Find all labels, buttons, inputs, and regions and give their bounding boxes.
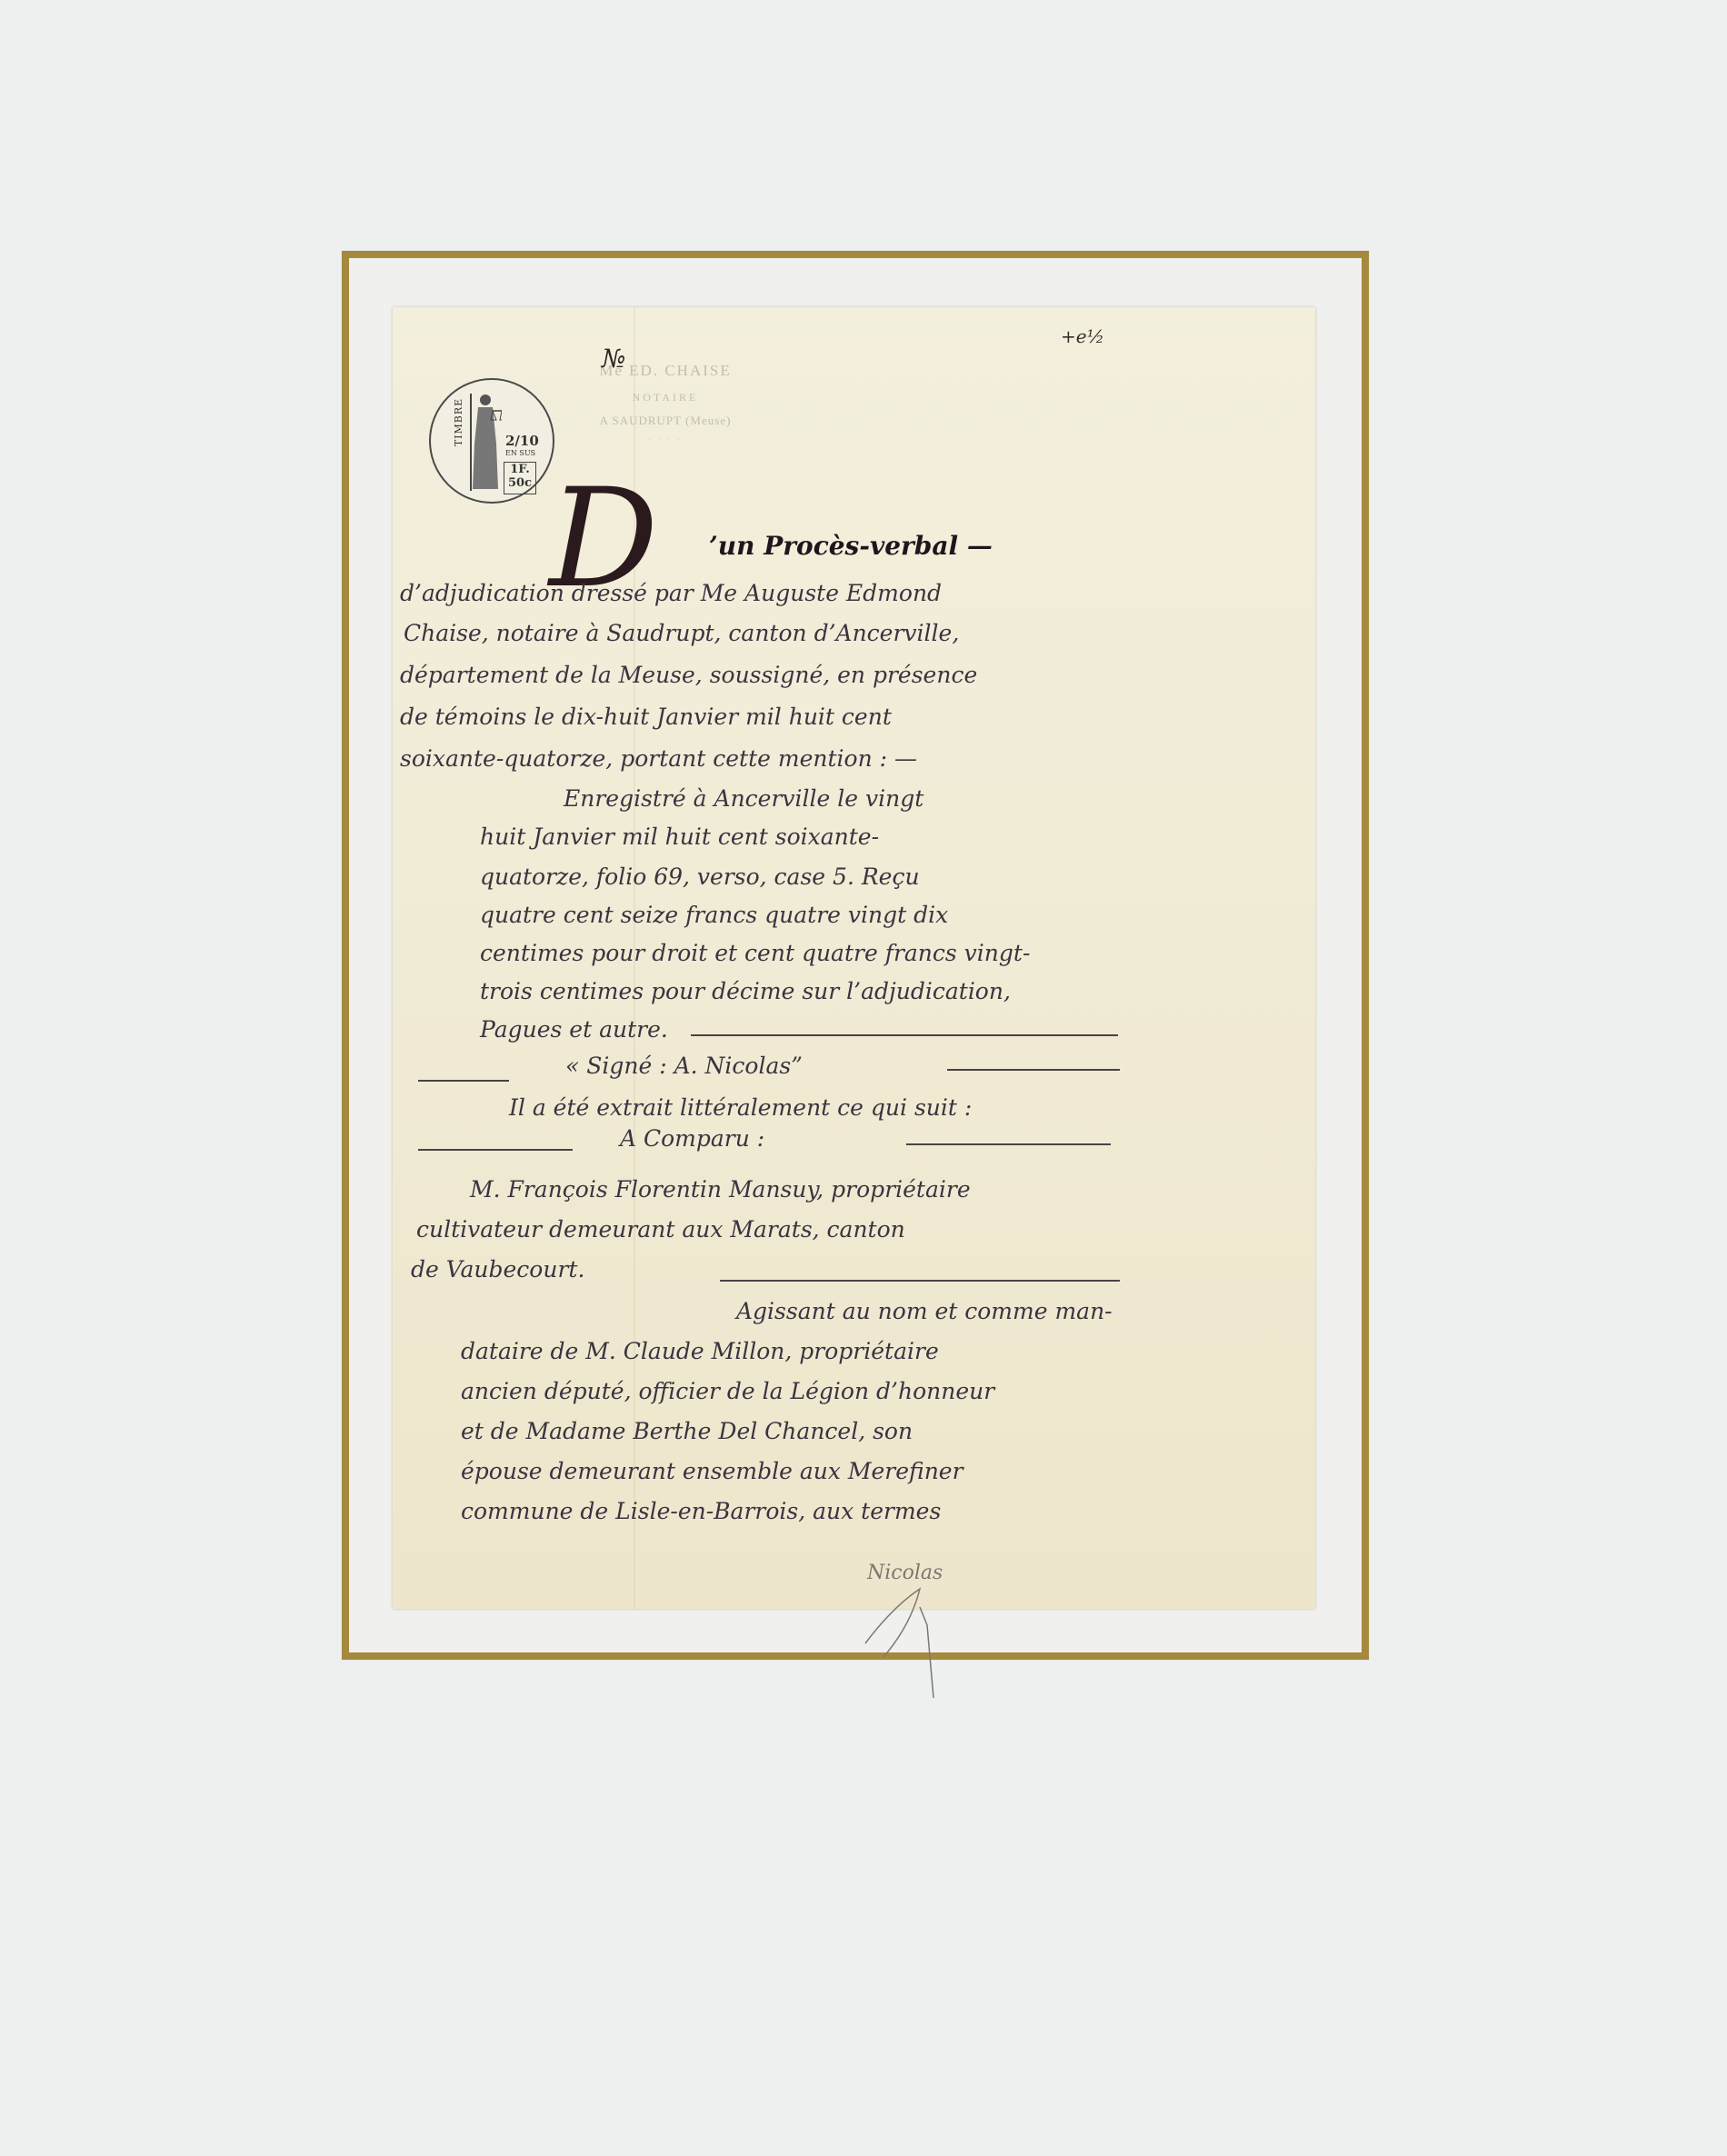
text-line: commune de Lisle-en-Barrois, aux termes bbox=[461, 1498, 941, 1524]
document-body: ’un Procès-verbal — d’adjudication dress… bbox=[393, 307, 1315, 1609]
line-rule bbox=[418, 1080, 509, 1082]
text-line: cultivateur demeurant aux Marats, canton bbox=[416, 1216, 905, 1243]
text-line: centimes pour droit et cent quatre franc… bbox=[480, 940, 1030, 966]
text-line: Pagues et autre. bbox=[480, 1016, 668, 1043]
text-line: quatorze, folio 69, verso, case 5. Reçu bbox=[480, 863, 920, 890]
text-line: épouse demeurant ensemble aux Merefiner bbox=[461, 1458, 963, 1484]
line-rule bbox=[906, 1143, 1111, 1145]
text-line: « Signé : A. Nicolas” bbox=[565, 1053, 803, 1079]
line-rule bbox=[691, 1034, 1118, 1036]
text-line: Agissant au nom et comme man- bbox=[736, 1298, 1113, 1324]
line-rule bbox=[720, 1280, 1120, 1282]
line-rule bbox=[418, 1149, 573, 1151]
text-line: de Vaubecourt. bbox=[411, 1256, 584, 1283]
text-line: d’adjudication dressé par Me Auguste Edm… bbox=[400, 580, 942, 606]
text-line: dataire de M. Claude Millon, propriétair… bbox=[461, 1338, 939, 1364]
text-line: trois centimes pour décime sur l’adjudic… bbox=[480, 978, 1011, 1004]
text-line: M. François Florentin Mansuy, propriétai… bbox=[470, 1176, 971, 1203]
text-line: Il a été extrait littéralement ce qui su… bbox=[509, 1094, 972, 1121]
text-line: Chaise, notaire à Saudrupt, canton d’Anc… bbox=[404, 620, 959, 646]
text-line: quatre cent seize francs quatre vingt di… bbox=[480, 902, 948, 928]
text-line: département de la Meuse, soussigné, en p… bbox=[400, 662, 977, 688]
text-line: Enregistré à Ancerville le vingt bbox=[564, 785, 923, 812]
document-paper: TIMBRE 2/10 EN SUS 1F. 50c Me ED. CHAISE… bbox=[393, 307, 1315, 1609]
signature-flourish-icon bbox=[856, 1571, 965, 1698]
text-line: soixante-quatorze, portant cette mention… bbox=[400, 745, 917, 772]
text-line: A Comparu : bbox=[620, 1125, 764, 1152]
text-line: ancien député, officier de la Légion d’h… bbox=[461, 1378, 994, 1404]
text-line: huit Janvier mil huit cent soixante- bbox=[480, 823, 879, 850]
line-rule bbox=[947, 1069, 1120, 1071]
text-line: de témoins le dix-huit Janvier mil huit … bbox=[400, 704, 892, 730]
text-line: et de Madame Berthe Del Chancel, son bbox=[461, 1418, 913, 1444]
text-line: ’un Procès-verbal — bbox=[709, 531, 993, 561]
